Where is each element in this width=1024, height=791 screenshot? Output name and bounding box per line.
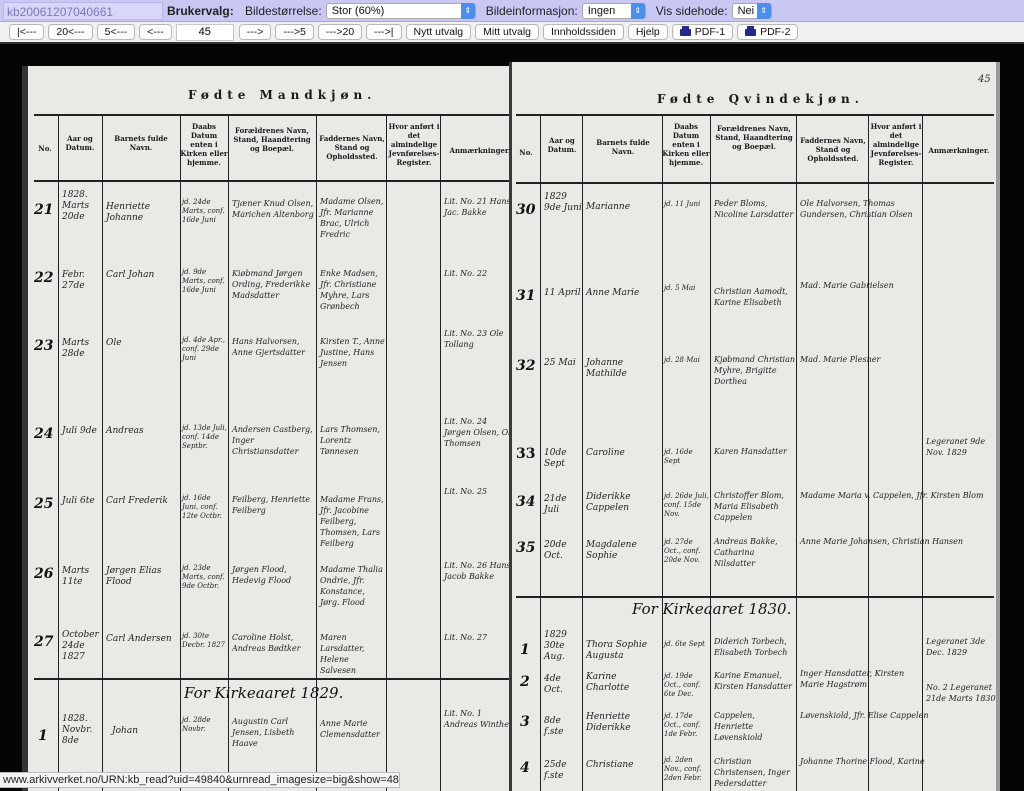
record-number: 35	[516, 540, 535, 556]
divider	[58, 114, 59, 791]
navigation-toolbar: |<--- 20<--- 5<--- <--- 45 ---> --->5 --…	[0, 22, 1024, 44]
record-date: 1829 30te Aug.	[544, 630, 582, 663]
image-info-value: Ingen	[588, 5, 616, 17]
divider	[34, 678, 518, 680]
record-parents: Jørgen Flood, Hedevig Flood	[232, 564, 316, 586]
record-parents: Christian Aamodt, Karine Elisabeth	[714, 286, 796, 308]
record-date: Marts 11te	[62, 566, 102, 588]
record-number: 23	[34, 338, 53, 354]
record-number: 1	[520, 642, 530, 658]
divider	[34, 114, 518, 116]
record-sponsors: Kirsten T., Anne Justine, Hans Jensen	[320, 336, 386, 369]
right-page-title: Fødte Qvindekjøn.	[657, 92, 864, 106]
pdf-2-button[interactable]: PDF-2	[737, 24, 798, 40]
printer-icon	[745, 29, 756, 36]
column-header: Barnets fulde Navn.	[584, 138, 662, 156]
record-number: 24	[34, 426, 53, 442]
record-baptism: jd. 30te Decbr. 1827	[182, 632, 228, 650]
record-sponsors: Lars Thomsen, Lorentz Tønnesen	[320, 424, 386, 457]
back-20-button[interactable]: 20<---	[48, 24, 92, 40]
record-baptism: jd. 27de Oct., conf. 20de Nov.	[664, 538, 710, 565]
record-parents: Cappelen, Henriette Løvenskiold	[714, 710, 796, 743]
new-selection-button[interactable]: Nytt utvalg	[406, 24, 472, 40]
record-date: 21de Juli	[544, 494, 582, 516]
record-parents: Caroline Holst, Andreas Bødtker	[232, 632, 316, 654]
record-sponsors: Løvenskiold, Jfr. Elise Cappelen	[800, 710, 992, 721]
printer-icon	[680, 29, 691, 36]
record-parents: Tjæner Knud Olsen, Marichen Altenborg	[232, 198, 316, 220]
record-baptism: jd. 2den Nov., conf. 2den Febr.	[664, 756, 710, 783]
record-baptism: jd. 9de Marts, conf. 16de Juni	[182, 268, 228, 295]
record-name: Diderikke Cappelen	[586, 492, 662, 514]
record-date: 1829 9de Juni	[544, 192, 582, 214]
record-baptism: jd. 11 Juni	[664, 200, 710, 209]
select-arrows-icon: ⇕	[757, 3, 771, 19]
record-name: Henriette Johanne	[106, 202, 178, 224]
record-date: Febr. 27de	[62, 270, 102, 292]
record-note: Lit. No. 22	[444, 268, 516, 279]
record-sponsors: Anne Marie Clemensdatter	[320, 718, 386, 740]
column-header: Anmærkninger.	[924, 146, 994, 155]
record-name: Carl Frederik	[106, 496, 178, 507]
contents-page-button[interactable]: Innholdssiden	[543, 24, 624, 40]
divider	[440, 114, 441, 791]
record-date: 1828. Novbr. 8de	[62, 714, 102, 747]
record-parents: Hans Halvorsen, Anne Gjertsdatter	[232, 336, 316, 358]
divider	[102, 114, 103, 791]
record-sponsors: Ole Halvorsen, Thomas Gundersen, Christi…	[800, 198, 920, 220]
pdf-2-label: PDF-2	[760, 26, 790, 38]
record-date: Juli 9de	[62, 426, 102, 437]
record-sponsors: Madame Maria v. Cappelen, Jfr. Kirsten B…	[800, 490, 992, 501]
church-year-heading: For Kirkeaaret 1830.	[632, 600, 791, 618]
record-baptism: jd. 16de Juni, conf. 12te Octbr.	[182, 494, 228, 521]
column-header: Daabs Datum enten i Kirken eller hjemme.	[180, 122, 228, 167]
column-header: Forældrenes Navn, Stand, Haandtering og …	[712, 124, 796, 151]
column-header: Faddernes Navn, Stand og Opholdssted.	[798, 136, 868, 163]
record-baptism: jd. 26de Juli, conf. 15de Nov.	[664, 492, 710, 519]
record-number: 33	[516, 446, 535, 462]
record-parents: Andersen Castberg, Inger Christiansdatte…	[232, 424, 316, 457]
record-note: Lit. No. 27	[444, 632, 516, 643]
record-note: Lit. No. 26 Hans Jacob Bakke	[444, 560, 516, 582]
record-date: 25de f.ste	[544, 760, 582, 782]
record-sponsors: Maren Larsdatter, Helene Salvesen	[320, 632, 386, 676]
record-sponsors: Madame Olsen, Jfr. Marianne Brac, Ulrich…	[320, 196, 386, 240]
divider	[796, 114, 797, 791]
divider	[34, 180, 518, 182]
record-parents: Andreas Bakke, Catharina Nilsdatter	[714, 536, 796, 569]
help-button[interactable]: Hjelp	[628, 24, 668, 40]
user-options-label: Brukervalg:	[167, 4, 235, 18]
record-number: 22	[34, 270, 53, 286]
record-baptism: jd. 6te Sept	[664, 640, 710, 649]
record-name: Henriette Diderikke	[586, 712, 662, 734]
record-number: 26	[34, 566, 53, 582]
image-info-select[interactable]: Ingen ⇕	[582, 3, 646, 19]
column-header: Aar og Datum.	[542, 136, 582, 154]
record-note: Legeranet 9de Nov. 1829	[926, 436, 996, 458]
image-size-label: Bildestørrelse:	[245, 4, 322, 18]
record-parents: Diderich Torbech, Elisabeth Torbech	[714, 636, 796, 658]
record-name: Carl Andersen	[106, 634, 178, 645]
pdf-1-label: PDF-1	[695, 26, 725, 38]
record-baptism: jd. 28 Mai	[664, 356, 710, 365]
column-header: Hvor anført i det almindelige Jevnførels…	[870, 122, 922, 167]
record-parents: Kiøbmand Jørgen Ording, Frederikke Madsd…	[232, 268, 316, 301]
record-name: Johan	[112, 726, 178, 737]
left-page: Fødte Mandkjøn. No. Aar og Datum. Barnet…	[22, 66, 512, 791]
record-name: Anne Marie	[586, 288, 662, 299]
record-note: Lit. No. 24 Jørgen Olsen, Ole Thomsen	[444, 416, 516, 449]
record-date: 1828. Marts 20de	[62, 190, 102, 223]
record-sponsors: Johanne Thorine Flood, Karine	[800, 756, 992, 767]
record-parents: Karen Hansdatter	[714, 446, 796, 457]
record-name: Karine Charlotte	[586, 672, 662, 694]
link-status-bar: www.arkivverket.no/URN:kb_read?uid=49840…	[0, 772, 400, 788]
divider	[582, 114, 583, 791]
record-name: Ole	[106, 338, 178, 349]
column-header: No.	[512, 148, 540, 157]
record-date: Marts 28de	[62, 338, 102, 360]
show-header-value: Nei	[738, 5, 755, 17]
record-sponsors: Madame Frans, Jfr. Jacobine Feilberg, Th…	[320, 494, 386, 549]
record-date: October 24de 1827	[62, 630, 102, 663]
record-number: 3	[520, 714, 530, 730]
image-size-value: Stor (60%)	[332, 5, 385, 17]
user-options-bar: kb20061207040661 Brukervalg: Bildestørre…	[0, 0, 1024, 22]
record-date: Juli 6te	[62, 496, 102, 507]
record-parents: Karine Emanuel, Kirsten Hansdatter	[714, 670, 796, 692]
column-header: Barnets fulde Navn.	[104, 134, 178, 152]
record-baptism: jd. 17de Oct., conf. 1de Febr.	[664, 712, 710, 739]
record-note: Lit. No. 1 Andreas Winther	[444, 708, 516, 730]
record-sponsors: Inger Hansdatter, Kirsten Marie Hagstrøm	[800, 668, 920, 690]
record-number: 32	[516, 358, 535, 374]
show-header-select[interactable]: Nei ⇕	[732, 3, 772, 19]
pdf-1-button[interactable]: PDF-1	[672, 24, 733, 40]
record-date: 8de f.ste	[544, 716, 582, 738]
record-name: Caroline	[586, 448, 662, 459]
record-parents: Christian Christensen, Inger Pedersdatte…	[714, 756, 796, 789]
record-note: Lit. No. 21 Hans Jac. Bakke	[444, 196, 516, 218]
last-page-button[interactable]: --->|	[366, 24, 401, 40]
record-number: 21	[34, 202, 53, 218]
record-number: 25	[34, 496, 53, 512]
record-baptism: jd. 13de Juli, conf. 14de Septbr.	[182, 424, 228, 451]
record-baptism: jd. 16de Sept	[664, 448, 710, 466]
record-name: Thora Sophie Augusta	[586, 640, 662, 662]
record-sponsors: Mad. Marie Plesner	[800, 354, 920, 365]
divider	[710, 114, 711, 791]
select-arrows-icon: ⇕	[631, 3, 645, 19]
record-note: No. 2 Legeranet 21de Marts 1830	[926, 682, 996, 704]
record-number: 31	[516, 288, 535, 304]
record-date: 10de Sept	[544, 448, 582, 470]
page-number: 45	[978, 74, 991, 85]
record-number: 1	[38, 728, 48, 744]
record-sponsors: Madame Thalia Ondrie, Jfr. Konstance, Jø…	[320, 564, 386, 608]
image-info-label: Bildeinformasjon:	[486, 4, 578, 18]
next-page-button[interactable]: --->	[239, 24, 272, 40]
previous-page-button[interactable]: <---	[139, 24, 172, 40]
column-header: Faddernes Navn, Stand og Opholdssted.	[318, 134, 386, 161]
record-note: Legeranet 3de Dec. 1829	[926, 636, 996, 658]
back-5-button[interactable]: 5<---	[97, 24, 135, 40]
record-number: 30	[516, 202, 535, 218]
record-sponsors: Mad. Marie Gabrielsen	[800, 280, 920, 291]
record-date: 20de Oct.	[544, 540, 582, 562]
record-number: 4	[520, 760, 530, 776]
record-number: 34	[516, 494, 535, 510]
show-header-label: Vis sidehode:	[656, 4, 728, 18]
left-page-title: Fødte Mandkjøn.	[188, 88, 376, 102]
record-name: Andreas	[106, 426, 178, 437]
record-number: 27	[34, 634, 53, 650]
column-header: Hvor anført i det almindelige Jevnførels…	[388, 122, 440, 167]
record-date: 4de Oct.	[544, 674, 582, 696]
record-baptism: jd. 4de Apr., conf. 29de Juni	[182, 336, 228, 363]
record-sponsors: Enke Madsen, Jfr. Christiane Myhre, Lars…	[320, 268, 386, 312]
record-parents: Feilberg, Henriette Feilberg	[232, 494, 316, 516]
right-page: 45 Fødte Qvindekjøn. No. Aar og Datum. B…	[512, 62, 1000, 791]
record-number: 2	[520, 674, 530, 690]
record-name: Marianne	[586, 202, 662, 213]
church-year-heading: For Kirkeaaret 1829.	[184, 684, 343, 702]
record-name: Magdalene Sophie	[586, 540, 662, 562]
record-note: Lit. No. 25	[444, 486, 516, 497]
record-baptism: jd. 24de Marts, conf. 16de Juni	[182, 198, 228, 225]
record-parents: Kjøbmand Christian Myhre, Brigitte Dorth…	[714, 354, 796, 387]
record-parents: Peder Bloms, Nicoline Larsdatter	[714, 198, 796, 220]
column-header: Daabs Datum enten i Kirken eller hjemme.	[662, 122, 710, 167]
divider	[180, 114, 181, 791]
column-header: Aar og Datum.	[60, 134, 100, 152]
record-sponsors: Anne Marie Johansen, Christian Hansen	[800, 536, 992, 547]
record-name: Jørgen Elias Flood	[106, 566, 178, 588]
record-baptism: jd. 5 Mai	[664, 284, 710, 293]
select-arrows-icon: ⇕	[461, 3, 475, 19]
divider	[540, 114, 541, 791]
divider	[386, 114, 387, 791]
record-date: 25 Mai	[544, 358, 582, 369]
record-date: 11 April	[544, 288, 582, 299]
record-name: Christiane	[586, 760, 662, 771]
record-parents: Augustin Carl Jensen, Lisbeth Haave	[232, 716, 316, 749]
document-id-field[interactable]: kb20061207040661	[3, 2, 163, 20]
column-header: Anmærkninger.	[442, 146, 518, 155]
record-baptism: jd. 28de Novbr.	[182, 716, 228, 734]
record-name: Johanne Mathilde	[586, 358, 662, 380]
divider	[662, 114, 663, 791]
column-header: No.	[32, 144, 58, 153]
page-number-input[interactable]: 45	[176, 24, 234, 41]
scanned-page-viewer: Fødte Mandkjøn. No. Aar og Datum. Barnet…	[0, 46, 1024, 791]
record-baptism: jd. 19de Oct., conf. 6te Dec.	[664, 672, 710, 699]
first-page-button[interactable]: |<---	[9, 24, 44, 40]
column-header: Forældrenes Navn, Stand, Haandtering og …	[230, 126, 314, 153]
image-size-select[interactable]: Stor (60%) ⇕	[326, 3, 476, 19]
record-name: Carl Johan	[106, 270, 178, 281]
record-note: Lit. No. 23 Ole Tollang	[444, 328, 516, 350]
forward-5-button[interactable]: --->5	[275, 24, 313, 40]
divider	[922, 114, 923, 791]
record-baptism: jd. 23de Marts, conf. 9de Octbr.	[182, 564, 228, 591]
record-parents: Christoffer Blom, Maria Elisabeth Cappel…	[714, 490, 796, 523]
my-selection-button[interactable]: Mitt utvalg	[475, 24, 539, 40]
forward-20-button[interactable]: --->20	[318, 24, 362, 40]
